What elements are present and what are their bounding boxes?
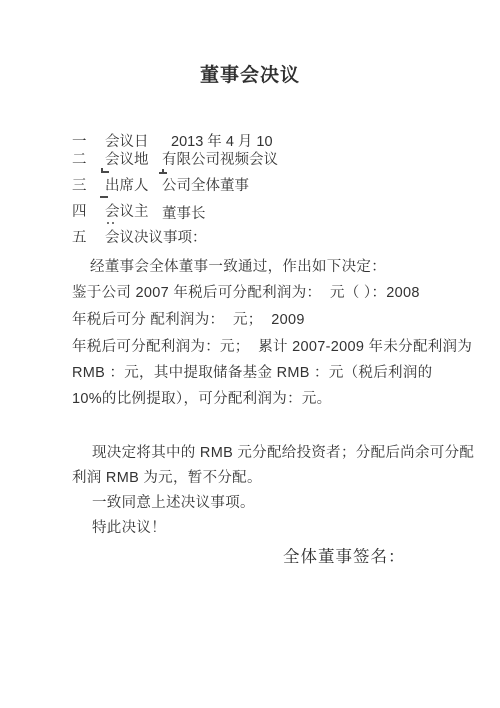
scan-artifact-mark (162, 169, 164, 172)
meta-number: 三 (72, 174, 87, 195)
paragraph-body-line: 鉴于公司 2007 年税后可分配利润为： 元（ ）：2008 (72, 281, 420, 302)
meta-row-meeting-date: 一 会议日 2013 年 4 月 10 (0, 130, 500, 150)
scan-artifact-mark (100, 196, 108, 198)
scan-artifact-mark (112, 222, 114, 224)
paragraph-body-line: 10%的比例提取），可分配利润为：元。 (72, 387, 331, 408)
paragraph-body-line: 年税后可分配利润为：元； 累计 2007-2009 年未分配利润为 (72, 335, 472, 356)
paragraph-agree: 一致同意上述决议事项。 (92, 491, 255, 512)
meta-row-attendees: 三 出席人 公司全体董事 (0, 174, 500, 194)
paragraph-body-line: 年税后可分 配利润为： 元； 2009 (72, 308, 305, 329)
paragraph-intro: 经董事会全体董事一致通过，作出如下决定： (90, 255, 386, 276)
meta-row-meeting-place: 二 会议地 有限公司视频会议 (0, 148, 500, 168)
meta-row-resolution-items: 五 会议决议事项： (0, 226, 500, 246)
signature-label: 全体董事签名： (283, 543, 406, 567)
document-title: 董事会决议 (0, 60, 500, 87)
paragraph-conclusion: 特此决议！ (92, 516, 166, 537)
paragraph-body-line: RMB ：元，其中提取储备基金 RMB ：元（税后利润的 (72, 361, 432, 382)
meta-number: 五 (72, 226, 87, 247)
meta-label: 会议主 (105, 200, 149, 221)
meta-label: 会议决议事项： (105, 226, 207, 247)
meta-number: 二 (72, 148, 87, 169)
meta-row-chair: 四 会议主 董事长 (0, 200, 500, 220)
paragraph-decision-line: 现决定将其中的 RMB 元分配给投资者；分配后尚余可分配 (92, 441, 474, 462)
meta-value: 有限公司视频会议 (162, 148, 278, 169)
scan-artifact-mark (101, 171, 109, 173)
meta-value: 公司全体董事 (162, 174, 249, 195)
scan-artifact-mark (159, 172, 167, 174)
scan-artifact-mark (101, 168, 103, 171)
meta-label: 会议地 (105, 148, 149, 169)
meta-number: 四 (72, 200, 87, 221)
document-page: 董事会决议 一 会议日 2013 年 4 月 10 二 会议地 有限公司视频会议… (0, 0, 500, 708)
meta-value: 董事长 (162, 202, 206, 223)
scan-artifact-mark (107, 222, 109, 224)
paragraph-decision-line: 利润 RMB 为元，暂不分配。 (72, 466, 262, 487)
meta-label: 出席人 (105, 174, 149, 195)
